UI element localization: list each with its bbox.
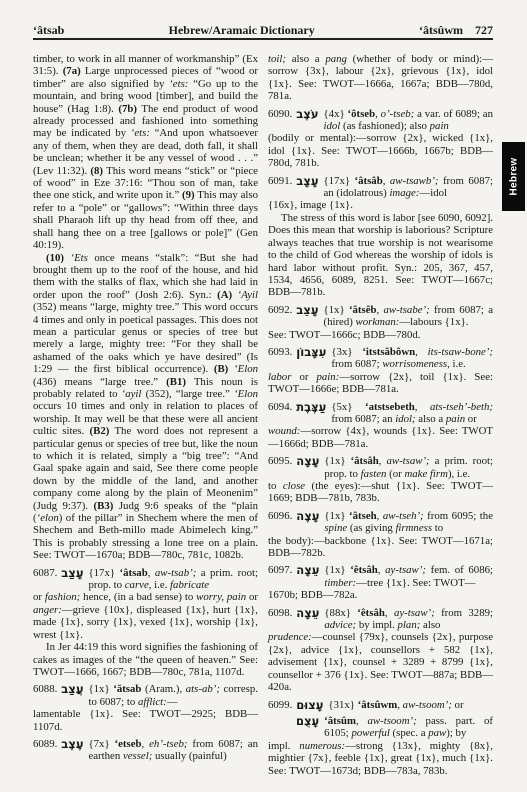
paragraph: timber, to work in all manner of workman…: [33, 53, 258, 252]
hebrew-word: עָצוּם: [296, 699, 323, 711]
entry-6090: 6090.עֹצֶב{4x} ‘ôtseb, o’-tseb; a var. o…: [268, 108, 493, 170]
entry-definition-head: {88x} ‘êtsâh, ay-tsaw’; from 3289; advic…: [324, 607, 493, 632]
paragraph: (10) ‘Ets once means “stalk”: “But she h…: [33, 252, 258, 562]
entry-6099: 6099.עָצוּם{31x} ‘âtsûwm, aw-tsoom’; orע…: [268, 699, 493, 777]
paragraph: The stress of this word is labor [see 60…: [268, 212, 493, 299]
entry-head-row: 6090.עֹצֶב{4x} ‘ôtseb, o’-tseb; a var. o…: [268, 108, 493, 133]
header-guide-word-right: ‘âtsûwm: [419, 23, 463, 38]
entry-number: 6089.: [33, 738, 57, 750]
entry-head-row: 6092.עָצֵב{1x} ‘âtsêb, aw-tsabe’; from 6…: [268, 304, 493, 329]
entry-definition-head: {1x} ‘âtsêb, aw-tsabe’; from 6087; a (hi…: [323, 304, 493, 329]
entry-6091: 6091.עָצָב{17x} ‘âtsâb, aw-tsawb’; from …: [268, 175, 493, 212]
entry-definition-head: {1x} ‘âtseh, aw-tseh’; from 6095; the sp…: [324, 510, 493, 535]
entry-definition-head: {17x} ‘âtsâb, aw-tsawb’; from 6087; an (…: [323, 175, 493, 200]
entry-number: 6096.: [268, 510, 292, 522]
paragraph: In Jer 44:19 this word signifies the fas…: [33, 641, 258, 678]
hebrew-word: עֶצֶב: [61, 738, 83, 750]
entry-6097: 6097.עֵצָה{1x} ‘êtsâh, ay-tsaw’; fem. of…: [268, 564, 493, 601]
left-column: timber, to work in all manner of workman…: [33, 53, 258, 790]
text-columns: timber, to work in all manner of workman…: [33, 53, 493, 790]
entry-head-row: 6093.עִצָּבוֹן{3x} ‘itstsâbôwn, its-tsaw…: [268, 346, 493, 371]
entry-definition-body: See: TWOT—1666c; BDB—780d.: [268, 329, 493, 341]
entry-head-row: 6096.עָצֶה{1x} ‘âtseh, aw-tseh’; from 60…: [268, 510, 493, 535]
entry-number: 6097.: [268, 564, 292, 576]
hebrew-word: עִצָּבוֹן: [296, 346, 326, 358]
entry-6088: 6088.עֲצַב{1x} ‘ătsab (Aram.), ats-ab’; …: [33, 683, 258, 733]
dictionary-page: ‘âtsab Hebrew/Aramaic Dictionary ‘âtsûwm…: [0, 0, 527, 792]
entry-definition-head: {3x} ‘itstsâbôwn, its-tsaw-bone’; from 6…: [331, 346, 493, 371]
entry-definition-head: {1x} ‘ătsab (Aram.), ats-ab’; corresp. t…: [88, 683, 258, 708]
entry-definition-body: or fashion; hence, (in a bad sense) to w…: [33, 591, 258, 641]
entry-definition-head-2: ‘âtsûm, aw-tsoom’; pass. part. of 6105; …: [324, 715, 493, 740]
entry-definition-head: {1x} ‘êtsâh, ay-tsaw’; fem. of 6086; tim…: [324, 564, 493, 589]
entry-definition-body: wound:—sorrow {4x}, wounds {1x}. See: TW…: [268, 425, 493, 450]
entry-definition-body: prudence:—counsel {79x}, counsels {2x}, …: [268, 631, 493, 693]
entry-definition-head: {5x} ‘atstsebeth, ats-tseh’-beth; from 6…: [331, 401, 493, 426]
entry-number: 6087.: [33, 567, 57, 579]
entry-head-row: 6099.עָצוּם{31x} ‘âtsûwm, aw-tsoom’; or: [268, 699, 493, 711]
entry-head-row: 6094.עַצֶּבֶת{5x} ‘atstsebeth, ats-tseh’…: [268, 401, 493, 426]
hebrew-word: עֵצָה: [296, 607, 319, 619]
entry-6089: 6089.עֶצֶב{7x} ‘etseb, eh’-tseb; from 60…: [33, 738, 258, 763]
entry-6096: 6096.עָצֶה{1x} ‘âtseh, aw-tseh’; from 60…: [268, 510, 493, 560]
entry-6098: 6098.עֵצָה{88x} ‘êtsâh, ay-tsaw’; from 3…: [268, 607, 493, 694]
page-number: 727: [475, 23, 493, 38]
entry-number: 6088.: [33, 683, 57, 695]
entry-number: 6091.: [268, 175, 292, 187]
paragraph: toil; also a pang (whether of body or mi…: [268, 53, 493, 103]
entry-head-row: 6089.עֶצֶב{7x} ‘etseb, eh’-tseb; from 60…: [33, 738, 258, 763]
hebrew-word: עָצָב: [296, 175, 318, 187]
page-header: ‘âtsab Hebrew/Aramaic Dictionary ‘âtsûwm…: [33, 23, 493, 38]
hebrew-word: עַצֶּבֶת: [296, 401, 326, 413]
entry-number: 6093.: [268, 346, 292, 358]
entry-head-row: 6088.עֲצַב{1x} ‘ătsab (Aram.), ats-ab’; …: [33, 683, 258, 708]
entry-number: 6099.: [268, 699, 292, 711]
entry-definition-head: {4x} ‘ôtseb, o’-tseb; a var. of 6089; an…: [323, 108, 493, 133]
entry-6092: 6092.עָצֵב{1x} ‘âtsêb, aw-tsabe’; from 6…: [268, 304, 493, 341]
entry-definition-body: impl. numerous:—strong {13x}, mighty {8x…: [268, 740, 493, 777]
header-rule: [33, 38, 493, 40]
entry-number: 6098.: [268, 607, 292, 619]
right-column: toil; also a pang (whether of body or mi…: [268, 53, 493, 790]
entry-head-row: 6087.עָצַב{17x} ‘âtsab, aw-tsab’; a prim…: [33, 567, 258, 592]
entry-number: 6092.: [268, 304, 292, 316]
entry-number: 6095.: [268, 455, 292, 467]
entry-head-row: 6098.עֵצָה{88x} ‘êtsâh, ay-tsaw’; from 3…: [268, 607, 493, 632]
hebrew-word: עֵצָה: [296, 564, 319, 576]
hebrew-index-tab-label: Hebrew: [508, 158, 519, 196]
entry-head-row: 6097.עֵצָה{1x} ‘êtsâh, ay-tsaw’; fem. of…: [268, 564, 493, 589]
entry-definition-head: {1x} ‘âtsâh, aw-tsaw’; a prim. root; pro…: [324, 455, 493, 480]
hebrew-index-tab: Hebrew: [502, 142, 525, 211]
header-guide-word-left: ‘âtsab: [33, 23, 64, 38]
entry-head-row: 6091.עָצָב{17x} ‘âtsâb, aw-tsawb’; from …: [268, 175, 493, 200]
header-title: Hebrew/Aramaic Dictionary: [169, 23, 315, 38]
entry-definition-body: lamentable {1x}. See: TWOT—2925; BDB—110…: [33, 708, 258, 733]
entry-6093: 6093.עִצָּבוֹן{3x} ‘itstsâbôwn, its-tsaw…: [268, 346, 493, 396]
entry-definition-body: 1670b; BDB—782a.: [268, 589, 493, 601]
entry-number: 6090.: [268, 108, 292, 120]
entry-6095: 6095.עָצָה{1x} ‘âtsâh, aw-tsaw’; a prim.…: [268, 455, 493, 505]
entry-6094: 6094.עַצֶּבֶת{5x} ‘atstsebeth, ats-tseh’…: [268, 401, 493, 451]
entry-number: 6094.: [268, 401, 292, 413]
entry-definition-body: {16x}, image {1x}.: [268, 199, 493, 211]
entry-definition-body: (bodily or mental):—sorrow {2x}, wicked …: [268, 132, 493, 169]
entry-6087: 6087.עָצַב{17x} ‘âtsab, aw-tsab’; a prim…: [33, 567, 258, 641]
hebrew-word: עֲצַב: [61, 683, 83, 695]
hebrew-word: עֹצֶב: [296, 108, 318, 120]
entry-head-row: 6095.עָצָה{1x} ‘âtsâh, aw-tsaw’; a prim.…: [268, 455, 493, 480]
entry-definition-body: the body):—backbone {1x}. See: TWOT—1671…: [268, 535, 493, 560]
entry-head-row-2: עָצֻם‘âtsûm, aw-tsoom’; pass. part. of 6…: [268, 715, 493, 740]
entry-definition-head: {31x} ‘âtsûwm, aw-tsoom’; or: [328, 699, 493, 711]
entry-definition-head: {17x} ‘âtsab, aw-tsab’; a prim. root; pr…: [88, 567, 258, 592]
entry-definition-head: {7x} ‘etseb, eh’-tseb; from 6087; an ear…: [88, 738, 258, 763]
hebrew-word: עָצָה: [296, 455, 319, 467]
entry-definition-body: labor or pain:—sorrow {2x}, toil {1x}. S…: [268, 371, 493, 396]
hebrew-word: עָצַב: [61, 567, 83, 579]
hebrew-word-variant: עָצֻם: [296, 715, 319, 727]
hebrew-word: עָצֵב: [296, 304, 318, 316]
entry-definition-body: to close (the eyes):—shut {1x}. See: TWO…: [268, 480, 493, 505]
hebrew-word: עָצֶה: [296, 510, 319, 522]
